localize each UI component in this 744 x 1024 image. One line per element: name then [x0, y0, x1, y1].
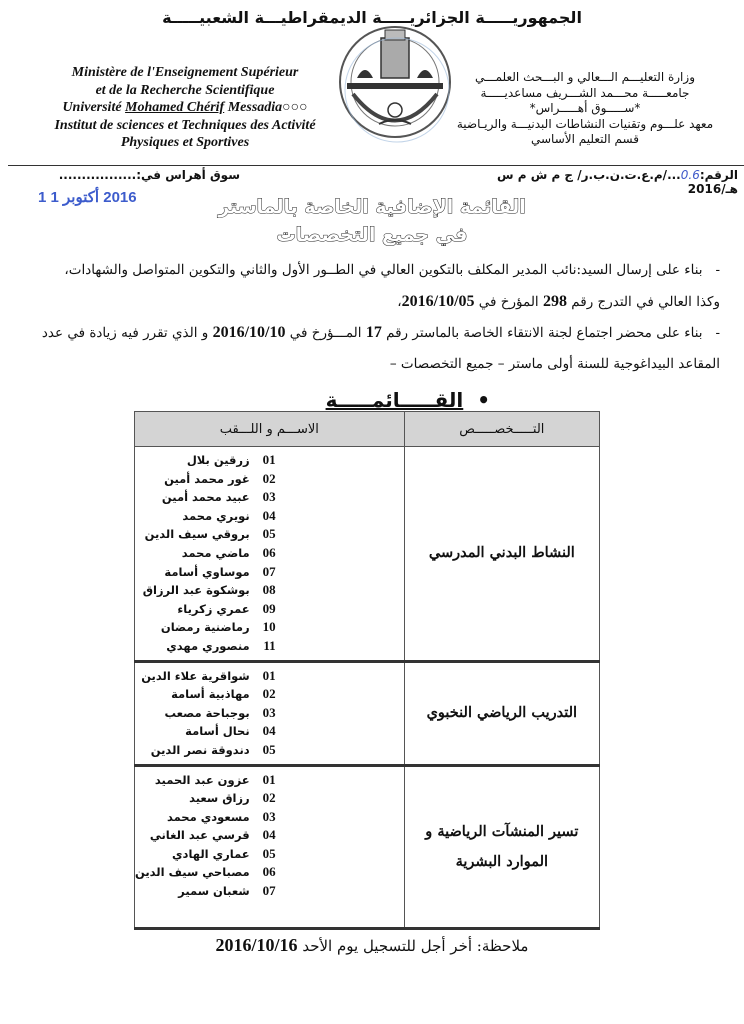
list-item: 02رزاق سعيد	[135, 789, 404, 808]
specialty-cell: تسير المنشآت الرياضية و الموارد البشرية	[404, 765, 599, 928]
list-heading: • القـــــائمـــــة	[230, 388, 490, 412]
list-item: 01شواقرية علاء الدين	[135, 667, 404, 686]
names-cell: 01زرقين بلال 02غور محمد أمين 03عبيد محمد…	[135, 447, 405, 662]
list-item: 05دندوقة نصر الدين	[135, 741, 404, 760]
place-date: سوق أهراس في:.................	[40, 168, 240, 182]
department-ar: قسم التعليم الأساسي	[440, 132, 730, 148]
header-specialty: التـــــخصـــــص	[404, 412, 599, 447]
reference-number: الرقم:0.6.../م.ع.ت.ن.ب.ر/ ج م ش م س هـ/2…	[448, 168, 738, 196]
header-name: الاســـم و اللـــقب	[135, 412, 405, 447]
registration-deadline-note: ملاحظة: أخر أجل للتسجيل يوم الأحد 2016/1…	[0, 935, 744, 956]
students-table: التـــــخصـــــص الاســـم و اللـــقب الن…	[134, 411, 600, 930]
university-ar: جامعـــــة محـــمد الشـــريف مساعديـــــ…	[440, 86, 730, 102]
list-item: 07موساوي أسامة	[135, 563, 404, 582]
specialty-cell: النشاط البدني المدرسي	[404, 447, 599, 662]
institute-ar: معهد علـــوم وتقنيات النشاطات البدنيـــة…	[440, 117, 730, 133]
list-item: 10رماضنية رمضان	[135, 618, 404, 637]
ministry-ar: وزارة التعليـــم الـــعالي و البـــحث ال…	[440, 70, 730, 86]
paragraph-1: - بناء على إرسال السيد:نائب المدير المكل…	[40, 255, 720, 318]
list-item: 06ماضي محمد	[135, 544, 404, 563]
list-item: 05بروقي سيف الدين	[135, 525, 404, 544]
paragraph-2: - بناء على محضر اجتماع لجنة الانتقاء الخ…	[40, 317, 720, 380]
document-title: القائمة الإضافية الخاصة بالماستر	[0, 196, 744, 218]
list-item: 09عمري زكرياء	[135, 600, 404, 619]
table-row: التدريب الرياضي النخبوي 01شواقرية علاء ا…	[135, 661, 600, 765]
table-row: تسير المنشآت الرياضية و الموارد البشرية …	[135, 765, 600, 928]
list-item: 03بوجباحة مصعب	[135, 704, 404, 723]
list-item: 03مسعودي محمد	[135, 808, 404, 827]
list-item: 02غور محمد أمين	[135, 470, 404, 489]
university-line: Université Mohamed Chérif Messadia○○○	[40, 99, 330, 117]
university-seal-icon	[335, 12, 455, 152]
list-item: 08بوشكوة عبد الرزاق	[135, 581, 404, 600]
ministry-line-1: Ministère de l'Enseignement Supérieur	[40, 64, 330, 82]
institute-line-2: Physiques et Sportives	[40, 134, 330, 152]
table-header-row: التـــــخصـــــص الاســـم و اللـــقب	[135, 412, 600, 447]
list-item: 01عزون عبد الحميد	[135, 771, 404, 790]
specialty-cell: التدريب الرياضي النخبوي	[404, 661, 599, 765]
header-divider	[8, 165, 744, 166]
names-cell: 01شواقرية علاء الدين 02مهاذبية أسامة 03ب…	[135, 661, 405, 765]
list-item: 11منصوري مهدي	[135, 637, 404, 656]
list-item: 04نحال أسامة	[135, 722, 404, 741]
institute-line-1: Institut de sciences et Techniques des A…	[40, 117, 330, 135]
list-item: 06مصباحي سيف الدين	[135, 863, 404, 882]
list-item: 04قرسي عبد الغاني	[135, 826, 404, 845]
list-item: 01زرقين بلال	[135, 451, 404, 470]
list-item: 07شعبان سمير	[135, 882, 404, 901]
handwritten-number: 0.6	[681, 168, 700, 182]
bullet-icon: •	[477, 388, 490, 412]
list-item: 02مهاذبية أسامة	[135, 685, 404, 704]
names-cell: 01عزون عبد الحميد 02رزاق سعيد 03مسعودي م…	[135, 765, 405, 928]
ministry-line-2: et de la Recherche Scientifique	[40, 82, 330, 100]
table-row: النشاط البدني المدرسي 01زرقين بلال 02غور…	[135, 447, 600, 662]
city-ar: *ســـــوق أهـــــراس*	[440, 101, 730, 117]
french-institution-header: Ministère de l'Enseignement Supérieur et…	[40, 64, 330, 152]
arabic-institution-header: وزارة التعليـــم الـــعالي و البـــحث ال…	[440, 70, 730, 148]
list-item: 05عماري الهادي	[135, 845, 404, 864]
document-subtitle: في جميع التخصصات	[0, 224, 744, 246]
list-item: 04نويري محمد	[135, 507, 404, 526]
list-item: 03عبيد محمد أمين	[135, 488, 404, 507]
